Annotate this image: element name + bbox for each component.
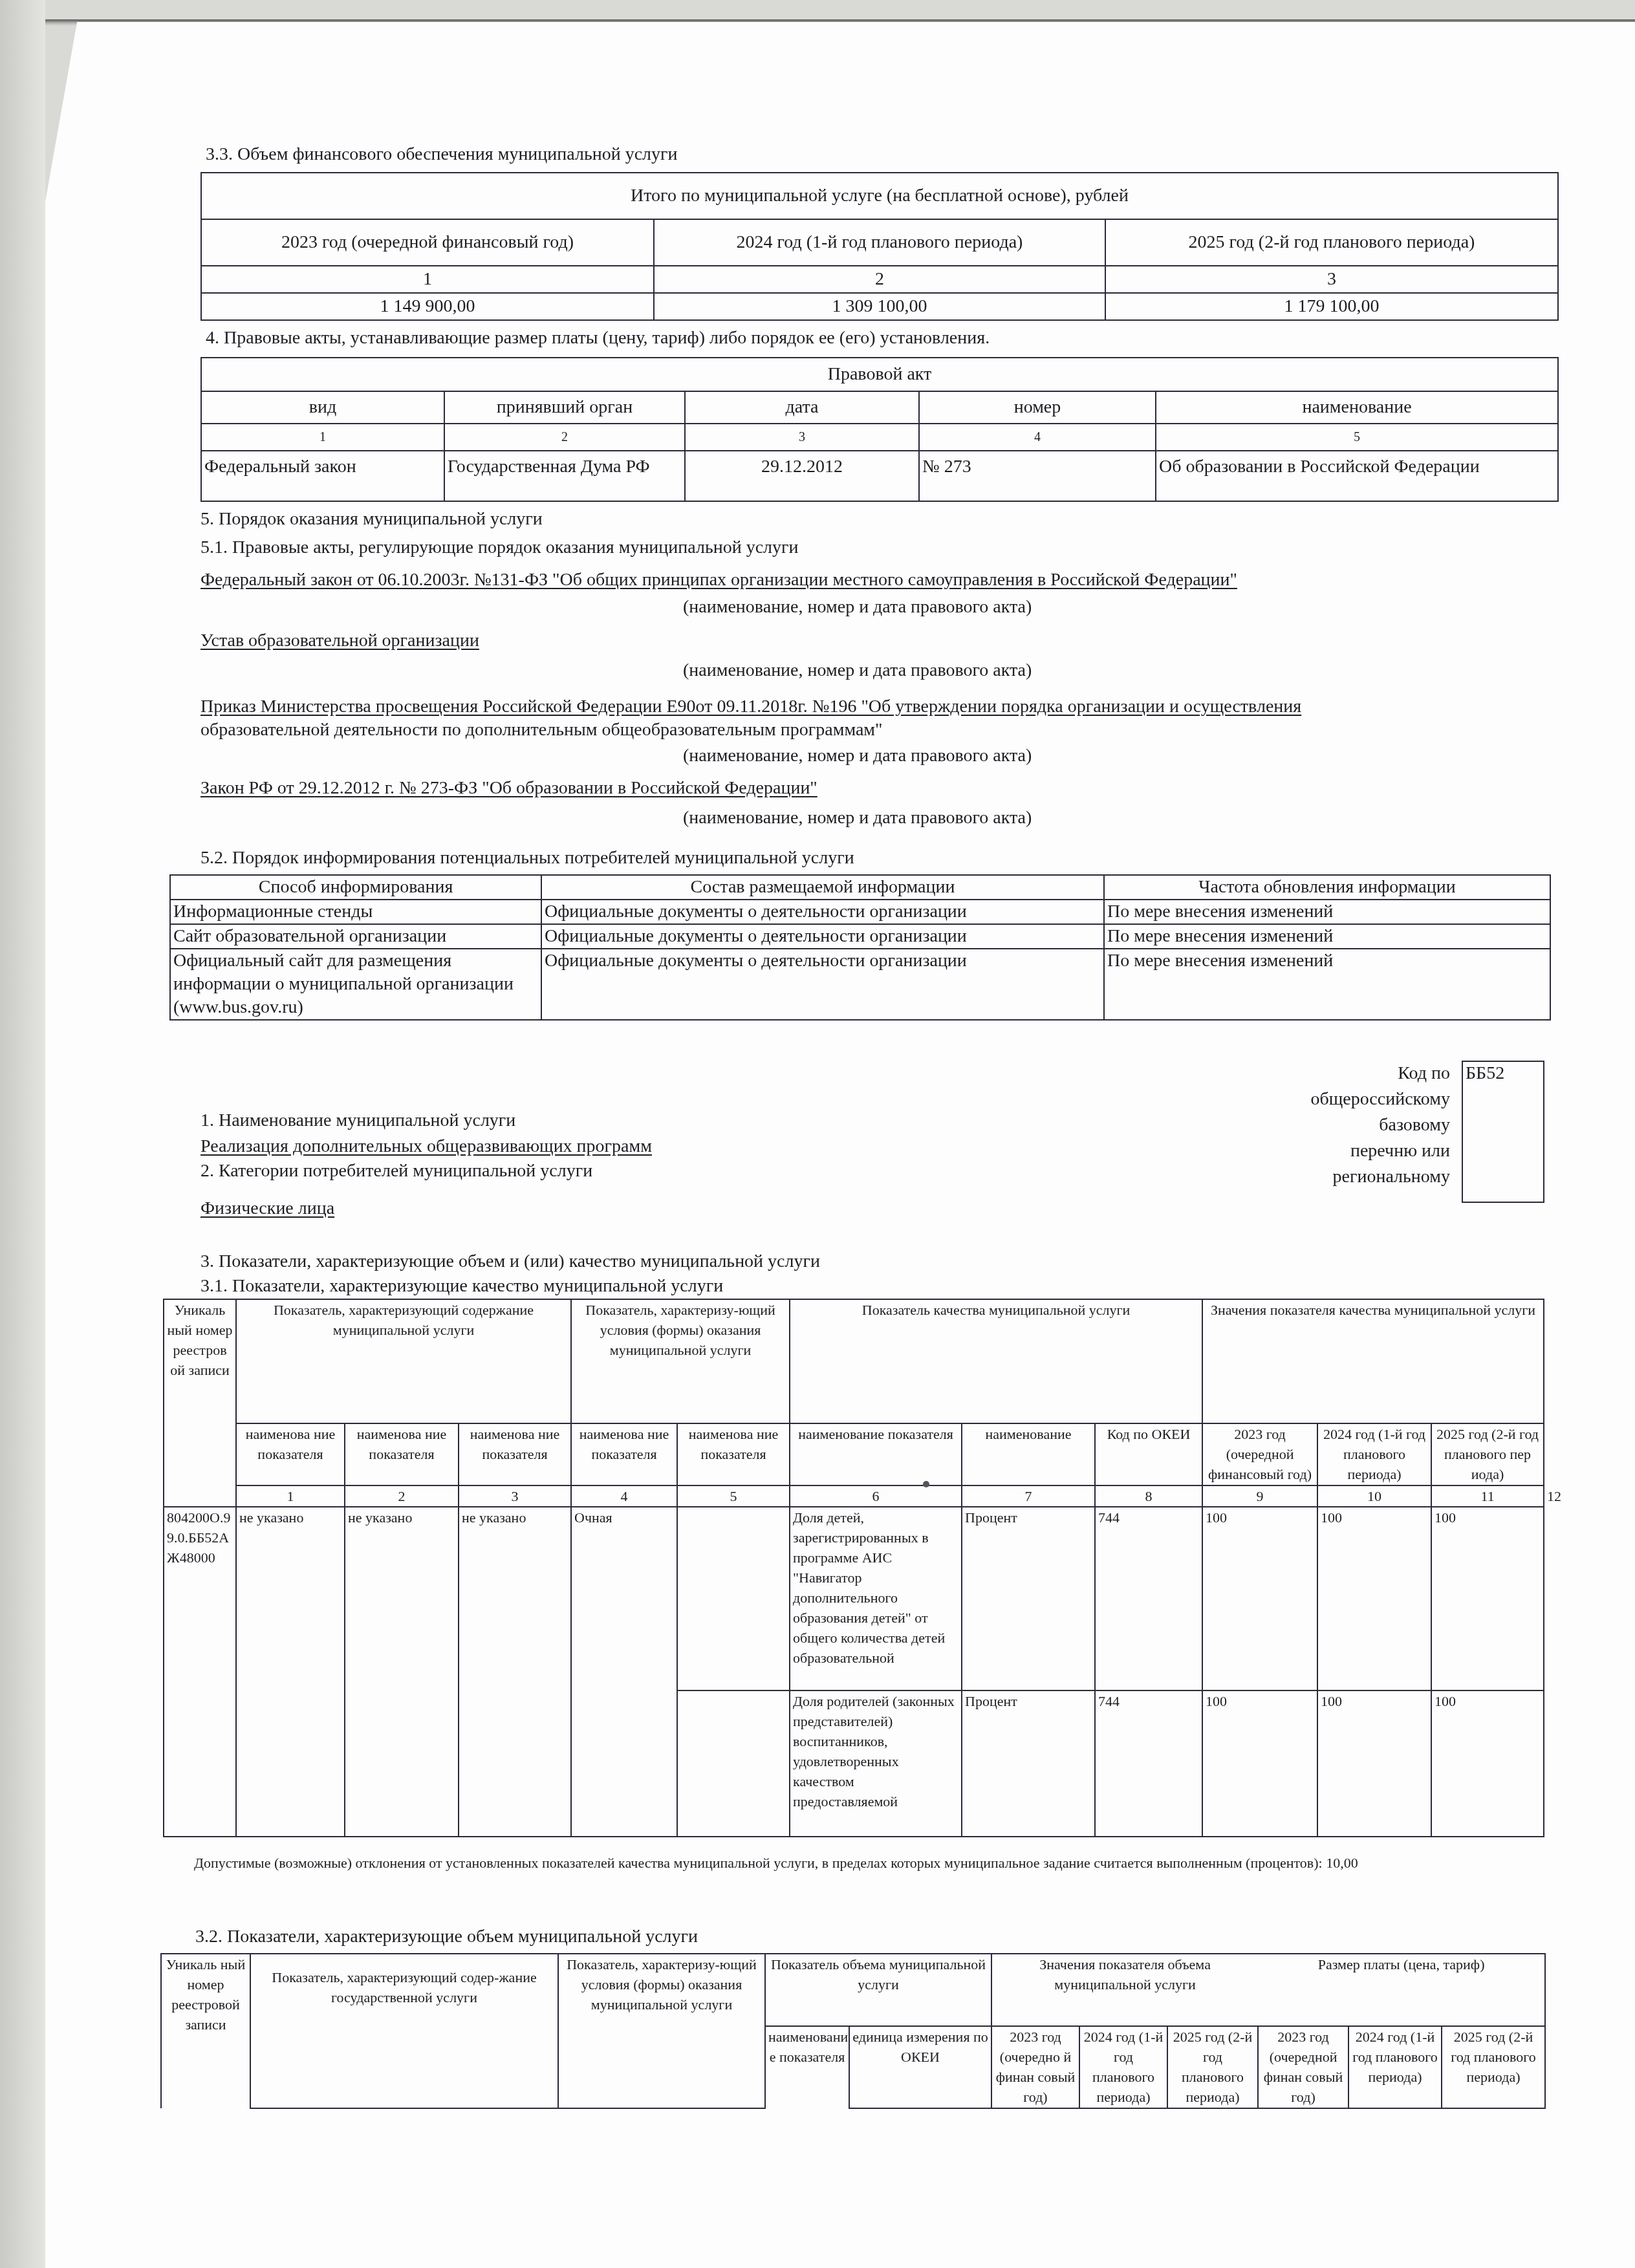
record-condition-1: Очная — [571, 1507, 677, 1837]
h-sub: наименова ние показателя — [571, 1423, 677, 1485]
code-label-line: базовому — [1310, 1112, 1450, 1138]
cell-frequency: По мере внесения изменений — [1104, 900, 1550, 924]
h-ind-name: наименование показателя — [790, 1423, 962, 1485]
legal-act-row: Федеральный закон Государственная Дума Р… — [201, 451, 1558, 501]
financing-value-2025: 1 179 100,00 — [1105, 293, 1558, 320]
section-4-title: 4. Правовые акты, устанавливающие размер… — [206, 327, 990, 349]
financing-header: Итого по муниципальной услуге (на беспла… — [201, 173, 1558, 219]
h-2024: 2024 год (1-й год планового периода) — [1317, 1423, 1431, 1485]
h-unit: наименование — [962, 1423, 1095, 1485]
act-caption: (наименование, номер и дата правового ак… — [683, 807, 1032, 829]
cell-number: № 273 — [919, 451, 1156, 501]
col-date: дата — [685, 391, 919, 424]
act-caption: (наименование, номер и дата правового ак… — [683, 660, 1032, 682]
v-h-year: 2025 год (2-й год планового периода) — [1442, 2026, 1545, 2108]
h-sub: наименова ние показателя — [459, 1423, 571, 1485]
act-link-1: Федеральный закон от 06.10.2003г. №131-Ф… — [200, 569, 1237, 591]
value-2024: 100 — [1317, 1690, 1431, 1837]
record-condition-2 — [677, 1507, 790, 1690]
cell-frequency: По мере внесения изменений — [1104, 949, 1550, 1020]
value-2025: 100 — [1431, 1690, 1544, 1837]
v-h-year: 2024 год (1-й год планового периода) — [1348, 2026, 1442, 2108]
v-h-values: Значения показателя объема муниципальной… — [991, 1954, 1258, 2026]
financing-num: 3 — [1105, 266, 1558, 293]
column-number: 8 — [1095, 1485, 1202, 1507]
v-h-unique: Уникаль ный номер реестровой записи — [161, 1954, 250, 2108]
h-conditions: Показатель, характеризу-ющий условия (фо… — [571, 1299, 790, 1423]
cell-frequency: По мере внесения изменений — [1104, 924, 1550, 949]
value-2023: 100 — [1202, 1507, 1317, 1690]
col-kind: вид — [201, 391, 444, 424]
col-method: Способ информирования — [170, 875, 541, 900]
act-link-3-cont: образовательной деятельности по дополнит… — [200, 719, 883, 741]
informing-row: Официальный сайт для размещения информац… — [170, 949, 1550, 1020]
cell-method: Информационные стенды — [170, 900, 541, 924]
indicator-okei: 744 — [1095, 1690, 1202, 1837]
h-unit-name: наименование — [965, 1424, 1092, 1444]
quality-row: 804200О.99.0.ББ52АЖ48000 не указано не у… — [164, 1507, 1544, 1690]
service-name-label: 1. Наименование муниципальной услуги — [200, 1110, 515, 1132]
section-5-title: 5. Порядок оказания муниципальной услуги — [200, 508, 543, 530]
act-link-3: Приказ Министерства просвещения Российск… — [200, 696, 1301, 718]
financing-value-2024: 1 309 100,00 — [654, 293, 1105, 320]
h-sub: наименова ние показателя — [345, 1423, 459, 1485]
code-label-line: Код по — [1310, 1061, 1450, 1086]
v-h-year: 2024 год (1-й год планового периода) — [1079, 2026, 1167, 2108]
financing-col-2023: 2023 год (очередной финансовый год) — [201, 219, 654, 266]
indicator-name: Доля детей, зарегистрированных в програм… — [790, 1507, 962, 1690]
h-sub: наименова ние показателя — [677, 1423, 790, 1485]
v-h-year: 2025 год (2-й год планового периода) — [1167, 2026, 1258, 2108]
value-2024: 100 — [1317, 1507, 1431, 1690]
service-code: ББ52 — [1466, 1063, 1504, 1083]
column-number: 10 — [1317, 1485, 1431, 1507]
v-h-year: 2023 год (очередно й финан совый год) — [991, 2026, 1079, 2108]
h-2023: 2023 год (очередной финансовый год) — [1202, 1423, 1317, 1485]
column-number: 5 — [677, 1485, 790, 1507]
code-label-line: общероссийскому — [1310, 1086, 1450, 1112]
indicator-okei: 744 — [1095, 1507, 1202, 1690]
indicator-unit: Процент — [962, 1507, 1095, 1690]
tolerance-note: Допустимые (возможные) отклонения от уст… — [194, 1855, 1358, 1872]
cell-content: Официальные документы о деятельности орг… — [541, 900, 1104, 924]
v-h-year: 2023 год (очередной финан совый год) — [1258, 2026, 1348, 2108]
section-3-3-title: 3.3. Объем финансового обеспечения муниц… — [206, 144, 678, 166]
col-num: 5 — [1156, 424, 1558, 451]
cell-content: Официальные документы о деятельности орг… — [541, 949, 1104, 1020]
cell-method: Официальный сайт для размещения информац… — [170, 949, 541, 1020]
legal-acts-header: Правовой акт — [201, 358, 1558, 391]
financing-value-2023: 1 149 900,00 — [201, 293, 654, 320]
h-sub: наименова ние показателя — [236, 1423, 345, 1485]
act-caption: (наименование, номер и дата правового ак… — [683, 596, 1032, 618]
cell-date: 29.12.2012 — [685, 451, 919, 501]
cell-kind: Федеральный закон — [201, 451, 444, 501]
col-num: 2 — [444, 424, 685, 451]
column-number: 7 — [962, 1485, 1095, 1507]
informing-row: Сайт образовательной организации Официал… — [170, 924, 1550, 949]
record-id: 804200О.99.0.ББ52АЖ48000 — [164, 1507, 236, 1837]
v-h-ind-name: наименовани е показателя — [765, 2026, 849, 2108]
volume-table: Уникаль ный номер реестровой записи Пока… — [160, 1953, 1546, 2109]
financing-num: 1 — [201, 266, 654, 293]
section-3-title: 3. Показатели, характеризующие объем и (… — [200, 1251, 820, 1273]
record-content-3: не указано — [459, 1507, 571, 1837]
code-label-line: региональному — [1310, 1164, 1450, 1190]
service-code-box: ББ52 — [1462, 1061, 1544, 1203]
indicator-name: Доля родителей (законных представителей)… — [790, 1690, 962, 1837]
col-num: 1 — [201, 424, 444, 451]
col-num: 4 — [919, 424, 1156, 451]
act-link-4: Закон РФ от 29.12.2012 г. № 273-ФЗ "Об о… — [200, 777, 817, 799]
section-3-1-title: 3.1. Показатели, характеризующие качеств… — [200, 1275, 723, 1297]
financing-col-2024: 2024 год (1-й год планового периода) — [654, 219, 1105, 266]
h-2025: 2025 год (2-й год планового пер иода) — [1431, 1423, 1544, 1485]
informing-row: Информационные стенды Официальные докуме… — [170, 900, 1550, 924]
code-label-line: перечню или — [1310, 1138, 1450, 1164]
consumers-value: Физические лица — [200, 1198, 334, 1220]
record-condition-2 — [677, 1690, 790, 1837]
act-link-2: Устав образовательной организации — [200, 630, 479, 652]
consumers-label: 2. Категории потребителей муниципальной … — [200, 1160, 592, 1182]
section-5-1-title: 5.1. Правовые акты, регулирующие порядок… — [200, 537, 799, 559]
record-content-2: не указано — [345, 1507, 459, 1837]
value-2023: 100 — [1202, 1690, 1317, 1837]
column-number: 9 — [1202, 1485, 1317, 1507]
col-num: 3 — [685, 424, 919, 451]
column-number: 1 — [236, 1485, 345, 1507]
record-content-1: не указано — [236, 1507, 345, 1837]
col-content: Состав размещаемой информации — [541, 875, 1104, 900]
column-number: 3 — [459, 1485, 571, 1507]
scan-speck — [923, 1481, 929, 1487]
service-name-value: Реализация дополнительных общеразвивающи… — [200, 1136, 652, 1158]
col-name: наименование — [1156, 391, 1558, 424]
column-number: 2 — [345, 1485, 459, 1507]
v-h-volume: Показатель объема муниципальной услуги — [765, 1954, 991, 2026]
quality-table: Уникаль ный номер реестров ой записи Пок… — [163, 1299, 1544, 1837]
section-3-2-title: 3.2. Показатели, характеризующие объем м… — [195, 1926, 698, 1948]
code-label: Код по общероссийскому базовому перечню … — [1310, 1061, 1450, 1190]
cell-content: Официальные документы о деятельности орг… — [541, 924, 1104, 949]
financing-table: Итого по муниципальной услуге (на беспла… — [200, 172, 1559, 321]
v-h-fee: Размер платы (цена, тариф) — [1258, 1954, 1545, 2026]
informing-table: Способ информирования Состав размещаемой… — [169, 874, 1551, 1021]
v-h-conditions: Показатель, характеризу-ющий условия (фо… — [558, 1954, 765, 2108]
h-values: Значения показателя качества муниципальн… — [1202, 1299, 1544, 1423]
financing-num: 2 — [654, 266, 1105, 293]
cell-method: Сайт образовательной организации — [170, 924, 541, 949]
section-5-2-title: 5.2. Порядок информирования потенциальны… — [200, 847, 854, 869]
financing-col-2025: 2025 год (2-й год планового периода) — [1105, 219, 1558, 266]
legal-acts-table: Правовой акт вид принявший орган дата но… — [200, 357, 1559, 502]
column-number: 11 — [1431, 1485, 1544, 1507]
h-unit-code: Код по ОКЕИ — [1095, 1423, 1202, 1485]
column-number: 4 — [571, 1485, 677, 1507]
h-quality: Показатель качества муниципальной услуги — [790, 1299, 1202, 1423]
cell-body: Государственная Дума РФ — [444, 451, 685, 501]
h-content: Показатель, характеризующий содержание м… — [236, 1299, 571, 1423]
col-body: принявший орган — [444, 391, 685, 424]
col-number: номер — [919, 391, 1156, 424]
v-h-unit: единица измерения по ОКЕИ — [849, 2026, 991, 2108]
value-2025: 100 — [1431, 1507, 1544, 1690]
indicator-unit: Процент — [962, 1690, 1095, 1837]
act-caption: (наименование, номер и дата правового ак… — [683, 745, 1032, 767]
column-number: 6 — [790, 1485, 962, 1507]
v-h-content: Показатель, характеризующий содер-жание … — [250, 1954, 558, 2108]
scan-background — [0, 0, 45, 2268]
col-frequency: Частота обновления информации — [1104, 875, 1550, 900]
cell-name: Об образовании в Российской Федерации — [1156, 451, 1558, 501]
h-unique: Уникаль ный номер реестров ой записи — [164, 1299, 236, 1507]
